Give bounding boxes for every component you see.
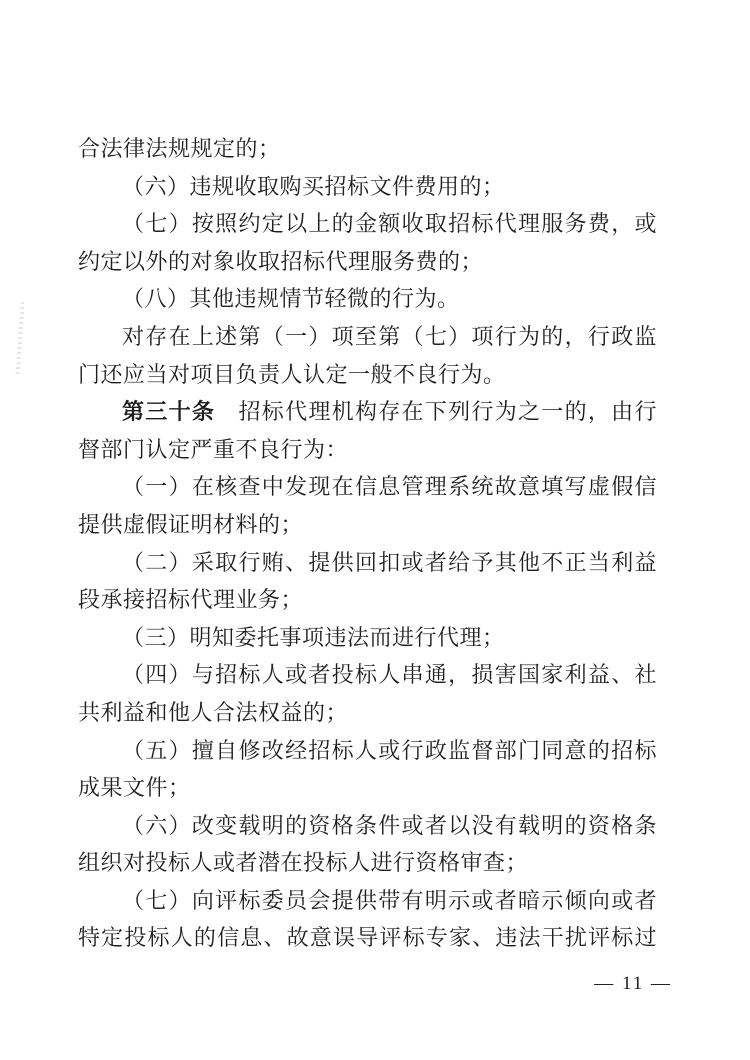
document-line: 组织对投标人或者潜在投标人进行资格审查； [78, 844, 657, 882]
document-line: 共利益和他人合法权益的； [78, 694, 657, 732]
document-line: （四）与招标人或者投标人串通，损害国家利益、社会公 [78, 656, 657, 694]
document-line: 成果文件； [78, 769, 657, 807]
document-page: { "page": { "background": "#ffffff", "te… [0, 0, 750, 1060]
document-line: 特定投标人的信息、故意误导评标专家、违法干扰评标过程的； [78, 919, 657, 957]
document-line: （六）违规收取购买招标文件费用的； [78, 168, 657, 206]
page-footer: — 11 — [594, 972, 672, 996]
document-line: 提供虚假证明材料的； [78, 506, 657, 544]
document-line: 合法律法规规定的； [78, 130, 657, 168]
document-line: （六）改变载明的资格条件或者以没有载明的资格条件， [78, 807, 657, 845]
document-line: （一）在核查中发现在信息管理系统故意填写虚假信息或 [78, 468, 657, 506]
document-body: 合法律法规规定的； （六）违规收取购买招标文件费用的； （七）按照约定以上的金额… [78, 130, 657, 957]
document-line: （七）按照约定以上的金额收取招标代理服务费，或者向 [78, 205, 657, 243]
page-number: — 11 — [594, 973, 672, 994]
document-line: （五）擅自修改经招标人或行政监督部门同意的招标代理 [78, 732, 657, 770]
document-line: 督部门认定严重不良行为： [78, 431, 657, 469]
document-line: 约定以外的对象收取招标代理服务费的； [78, 243, 657, 281]
document-line: 门还应当对项目负责人认定一般不良行为。 [78, 356, 657, 394]
document-line: 段承接招标代理业务； [78, 581, 657, 619]
scan-artifact-mark [15, 302, 24, 376]
document-line: （八）其他违规情节轻微的行为。 [78, 280, 657, 318]
document-line: （七）向评标委员会提供带有明示或者暗示倾向或者排斥 [78, 882, 657, 920]
document-line: 对存在上述第（一）项至第（七）项行为的，行政监督部 [78, 318, 657, 356]
document-line: （二）采取行贿、提供回扣或者给予其他不正当利益等手 [78, 544, 657, 582]
article-number: 第三十条 [122, 399, 215, 424]
document-line: （三）明知委托事项违法而进行代理； [78, 619, 657, 657]
document-line-article-30: 第三十条 招标代理机构存在下列行为之一的，由行政监 [78, 393, 657, 431]
